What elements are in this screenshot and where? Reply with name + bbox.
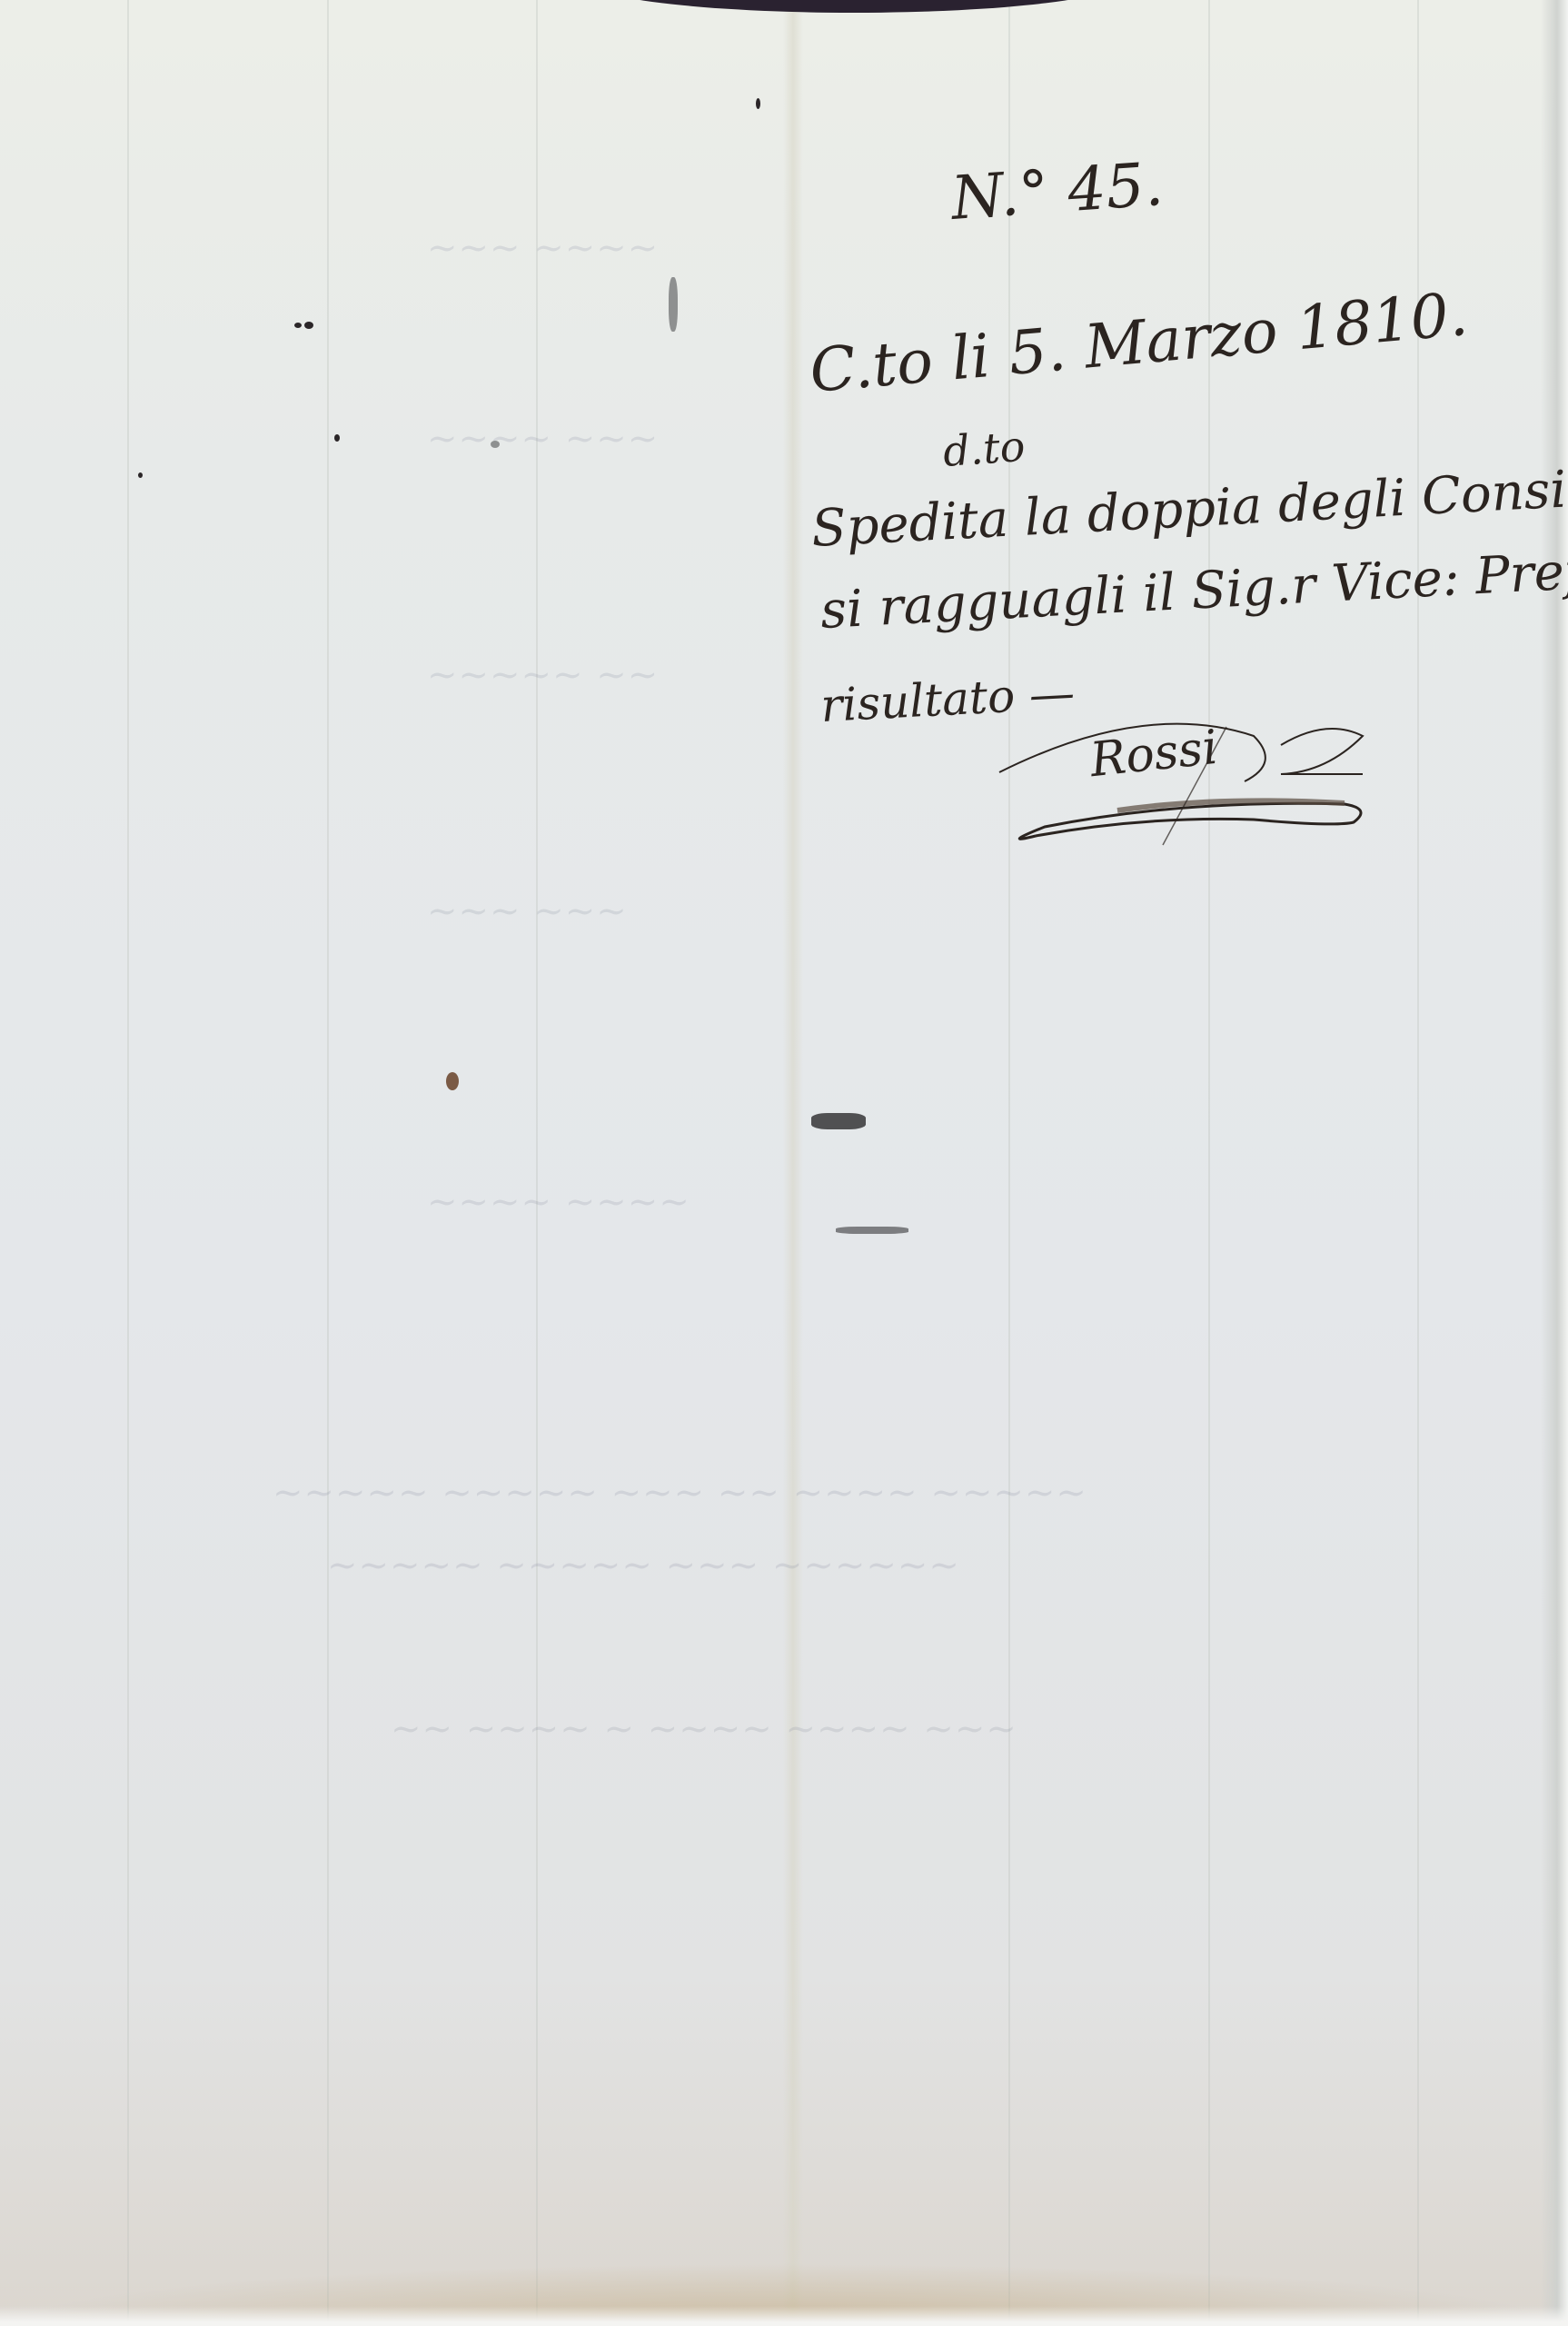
paper-chain-line: [536, 0, 538, 2326]
bleed-through-text: ~~~~ ~~~: [427, 418, 659, 460]
ink-speck: [138, 472, 143, 478]
paper-edge: [0, 2306, 1568, 2326]
bleed-through-text: ~~~~ ~~~~: [427, 1181, 690, 1223]
bleed-through-text: ~~~~~ ~~~~~ ~~~ ~~ ~~~~ ~~~~~: [273, 1472, 1087, 1514]
ink-speck: [756, 98, 760, 109]
stain-spot: [446, 1072, 459, 1090]
signature-flourish-icon: [981, 709, 1381, 854]
paper-damage: [811, 1113, 866, 1129]
ink-speck: [334, 434, 340, 442]
bleed-through-text: ~~~ ~~~~: [427, 227, 659, 269]
bleed-through-text: ~~~ ~~~: [427, 890, 628, 932]
ink-speck: [304, 322, 313, 329]
bleed-through-text: ~~ ~~~~ ~ ~~~~ ~~~~ ~~~: [391, 1708, 1017, 1750]
binding-tab: [581, 0, 1126, 13]
bleed-through-text: ~~~~~ ~~: [427, 654, 659, 696]
center-fold: [783, 0, 803, 2326]
date-line: C.to li 5. Marzo 1810.: [807, 279, 1470, 406]
paper-damage: [836, 1227, 908, 1234]
paper-hole: [669, 277, 678, 332]
paper-chain-line: [127, 0, 129, 2326]
reference-number: N.° 45.: [949, 149, 1166, 234]
paper-edge: [1541, 0, 1568, 2326]
ink-speck: [294, 323, 302, 328]
annotation-line-1: Spedita la doppia degli Consiglieri: [810, 453, 1568, 559]
bleed-through-text: ~~~~~ ~~~~~ ~~~ ~~~~~~: [327, 1545, 960, 1586]
paper-hole: [491, 441, 500, 448]
manuscript-page: ~~~ ~~~~ ~~~~ ~~~ ~~~~~ ~~ ~~~ ~~~ ~~~~ …: [0, 0, 1568, 2326]
paper-chain-line: [327, 0, 329, 2326]
abbreviation: d.to: [941, 422, 1027, 476]
